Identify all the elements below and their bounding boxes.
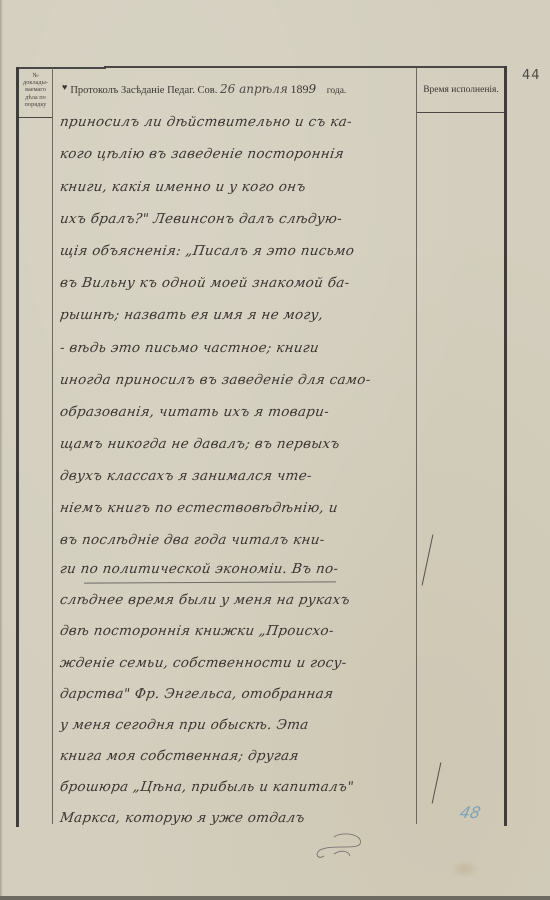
text-line: ихъ бралъ?" Левинсонъ далъ слѣдую-: [59, 211, 417, 227]
page-bottom-edge: [0, 896, 550, 900]
text-line: иногда приносилъ въ заведеніе для само-: [59, 372, 417, 388]
text-line: кого цѣлію въ заведеніе постороннія: [59, 146, 417, 162]
header-line: дѣла по: [19, 94, 52, 101]
text-line: - вѣдь это письмо частное; книги: [59, 340, 417, 356]
text-line: двѣ постороннія книжки „Проиcхо-: [59, 623, 417, 639]
end-flourish-icon: [312, 832, 372, 862]
text-line: жденіе семьи, собственности и госу-: [59, 655, 417, 671]
execution-time-column-header: Время исполненія.: [418, 85, 504, 95]
case-number-column-header: № доклады- ваемаго дѣла по порядку: [19, 72, 52, 108]
folio-number: 44: [522, 68, 541, 83]
frame-top-border: [104, 66, 505, 68]
text-line: рышнѣ; назвать ея имя я не могу,: [59, 307, 417, 323]
page-edge-shadow: [0, 0, 3, 900]
pencil-underline: [84, 581, 336, 583]
left-column-divider: [52, 68, 53, 824]
header-line: доклады-: [19, 79, 52, 86]
header-line: ваемаго: [19, 86, 52, 93]
text-line: дарства" Фр. Энгельса, отобранная: [59, 686, 417, 702]
heart-bullet-icon: ♥: [62, 82, 67, 92]
text-line: образованія, читать ихъ я товари-: [59, 404, 417, 420]
text-line: въ послѣдніе два года читалъ кни-: [59, 532, 417, 548]
margin-pencil-mark: [432, 762, 442, 803]
text-line: ги по политической экономіи. Въ по-: [59, 561, 417, 577]
text-line: у меня сегодня при обыскѣ. Эта: [59, 717, 417, 733]
header-line: №: [19, 72, 52, 79]
text-line: Маркса, которую я уже отдалъ: [59, 810, 417, 826]
title-handwritten-date: 26 апрѣля: [220, 82, 288, 96]
paper-stain: [450, 860, 480, 878]
protocol-title: ♥Протоколъ Засѣданіе Педаг. Сов. 26 апрѣ…: [62, 82, 414, 100]
text-line: слѣднее время были у меня на рукахъ: [59, 592, 417, 608]
text-line: брошюра „Цѣна, прибыль и капиталъ": [59, 779, 417, 795]
document-page: № доклады- ваемаго дѣла по порядку ♥Прот…: [0, 0, 550, 900]
title-year-handwritten: 9: [308, 82, 316, 96]
frame-left-border: [16, 67, 19, 827]
title-year-printed: 189: [290, 82, 308, 96]
text-line: щія объясненія: „Писалъ я это письмо: [59, 243, 417, 259]
text-line: приносилъ ли дѣйствительно и съ ка-: [59, 114, 417, 130]
title-printed-prefix: Протоколъ Засѣданіе Педаг. Сов.: [70, 85, 217, 96]
title-printed-suffix: года.: [327, 86, 347, 96]
text-line: двухъ классахъ я занимался чте-: [59, 468, 417, 484]
left-header-rule: [19, 117, 52, 118]
right-header-rule: [417, 112, 504, 113]
text-line: ніемъ книгъ по естествовѣдѣнію, и: [59, 500, 417, 516]
text-line: въ Вильну къ одной моей знакомой ба-: [59, 275, 417, 291]
frame-right-border: [504, 66, 507, 826]
archive-pencil-number: 48: [458, 803, 482, 822]
text-line: книги, какія именно и у кого онъ: [59, 179, 417, 195]
margin-pencil-mark: [422, 534, 434, 585]
text-line: щамъ никогда не давалъ; въ первыхъ: [59, 436, 417, 452]
frame-top-border-left: [17, 67, 106, 69]
header-line: порядку: [19, 101, 52, 108]
text-line: книга моя собственная; другая: [59, 748, 417, 764]
